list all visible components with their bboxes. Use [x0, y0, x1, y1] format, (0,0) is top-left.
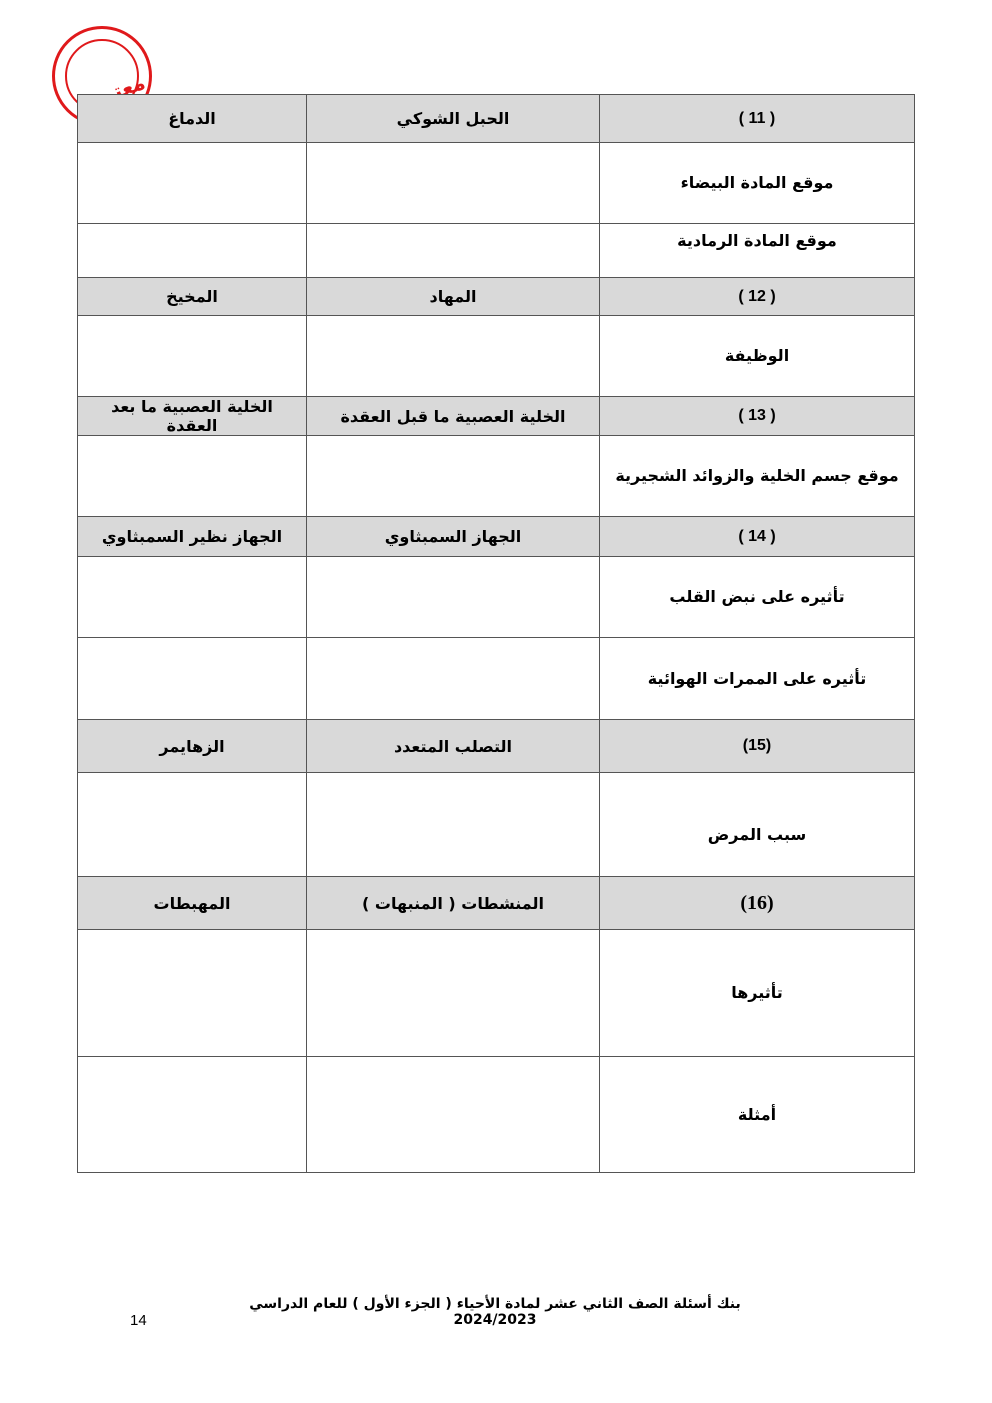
- answer-cell[interactable]: [78, 930, 307, 1057]
- answer-cell[interactable]: [307, 224, 600, 278]
- table-row: أمثلة: [78, 1057, 915, 1173]
- answer-cell[interactable]: [307, 316, 600, 397]
- column-header: المخيخ: [78, 278, 307, 316]
- table-row: موقع جسم الخلية والزوائد الشجيرية: [78, 436, 915, 517]
- column-header: الخلية العصبية ما قبل العقدة: [307, 397, 600, 436]
- answer-cell[interactable]: [78, 638, 307, 720]
- answer-cell[interactable]: [307, 557, 600, 638]
- answer-cell[interactable]: [78, 436, 307, 517]
- column-header: الحبل الشوكي: [307, 95, 600, 143]
- row-label: تأثيره على نبض القلب: [600, 557, 915, 638]
- answer-cell[interactable]: [307, 638, 600, 720]
- question-number: ( 14 ): [600, 517, 915, 557]
- column-header: الجهاز نظير السمبثاوي: [78, 517, 307, 557]
- column-header: التصلب المتعدد: [307, 720, 600, 773]
- answer-cell[interactable]: [307, 773, 600, 877]
- answer-cell[interactable]: [307, 930, 600, 1057]
- table-row: تأثيرها: [78, 930, 915, 1057]
- column-header: المنشطات ( المنبهات ): [307, 877, 600, 930]
- answer-cell[interactable]: [78, 316, 307, 397]
- row-label: تأثيرها: [600, 930, 915, 1057]
- section-15-header: (15) التصلب المتعدد الزهايمر: [78, 720, 915, 773]
- answer-cell[interactable]: [78, 557, 307, 638]
- table-row: الوظيفة: [78, 316, 915, 397]
- column-header: المهبطات: [78, 877, 307, 930]
- section-13-header: ( 13 ) الخلية العصبية ما قبل العقدة الخل…: [78, 397, 915, 436]
- row-label: أمثلة: [600, 1057, 915, 1173]
- row-label: سبب المرض: [600, 773, 915, 877]
- answer-cell[interactable]: [78, 1057, 307, 1173]
- page-number: 14: [130, 1312, 147, 1329]
- answer-cell[interactable]: [307, 143, 600, 224]
- table-row: تأثيره على الممرات الهوائية: [78, 638, 915, 720]
- section-14-header: ( 14 ) الجهاز السمبثاوي الجهاز نظير السم…: [78, 517, 915, 557]
- comparison-table: ( 11 ) الحبل الشوكي الدماغ موقع المادة ا…: [77, 94, 915, 1173]
- question-number: (15): [600, 720, 915, 773]
- row-label: موقع المادة الرمادية: [600, 224, 915, 278]
- answer-cell[interactable]: [307, 1057, 600, 1173]
- answer-cell[interactable]: [78, 143, 307, 224]
- question-number: ( 11 ): [600, 95, 915, 143]
- answer-cell[interactable]: [307, 436, 600, 517]
- table-row: موقع المادة البيضاء: [78, 143, 915, 224]
- table-row: تأثيره على نبض القلب: [78, 557, 915, 638]
- section-12-header: ( 12 ) المهاد المخيخ: [78, 278, 915, 316]
- row-label: الوظيفة: [600, 316, 915, 397]
- answer-cell[interactable]: [78, 773, 307, 877]
- column-header: المهاد: [307, 278, 600, 316]
- column-header: الدماغ: [78, 95, 307, 143]
- question-number: (16): [600, 877, 915, 930]
- column-header: الزهايمر: [78, 720, 307, 773]
- column-header: الجهاز السمبثاوي: [307, 517, 600, 557]
- row-label: تأثيره على الممرات الهوائية: [600, 638, 915, 720]
- question-number: ( 12 ): [600, 278, 915, 316]
- column-header: الخلية العصبية ما بعد العقدة: [78, 397, 307, 436]
- answer-cell[interactable]: [78, 224, 307, 278]
- section-16-header: (16) المنشطات ( المنبهات ) المهبطات: [78, 877, 915, 930]
- table-row: موقع المادة الرمادية: [78, 224, 915, 278]
- row-label: موقع المادة البيضاء: [600, 143, 915, 224]
- section-11-header: ( 11 ) الحبل الشوكي الدماغ: [78, 95, 915, 143]
- table-row: سبب المرض: [78, 773, 915, 877]
- footer-title: بنك أسئلة الصف الثاني عشر لمادة الأحياء …: [230, 1296, 760, 1328]
- row-label: موقع جسم الخلية والزوائد الشجيرية: [600, 436, 915, 517]
- question-number: ( 13 ): [600, 397, 915, 436]
